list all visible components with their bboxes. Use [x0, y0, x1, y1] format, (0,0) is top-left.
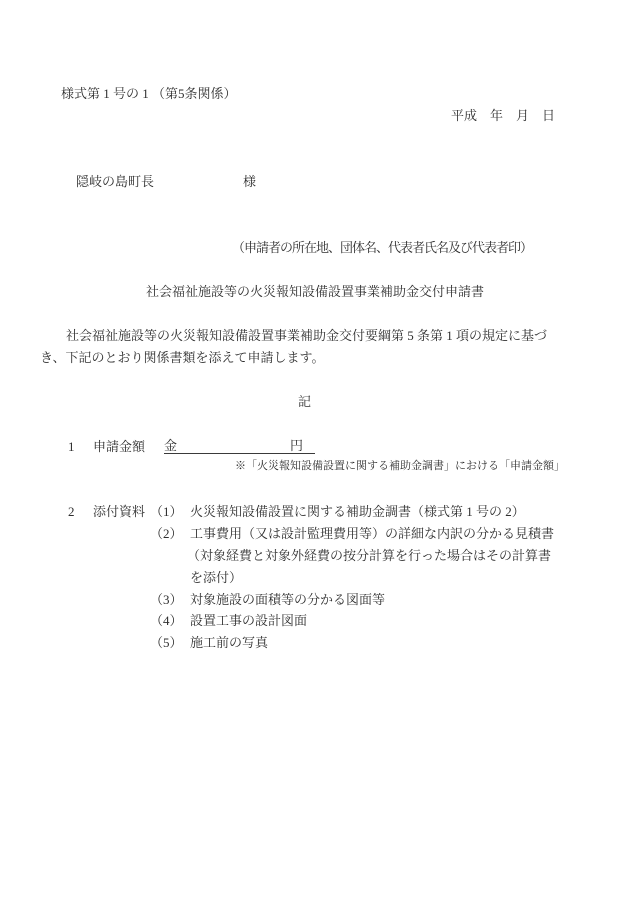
- amount-field: 金 円: [164, 438, 315, 454]
- attachment-item-no: （3）: [150, 592, 183, 607]
- application-form-page: 様式第 1 号の 1 （第5条関係） 平成 年 月 日 隠岐の島町長 様 （申請…: [0, 0, 630, 915]
- amount-currency-prefix: 金: [164, 438, 177, 453]
- attachment-item-no: （2）: [150, 526, 183, 541]
- attachment-item-no: （5）: [150, 635, 183, 650]
- attachment-item-continuation: を添付）: [190, 570, 242, 585]
- amount-item-number: 1: [68, 439, 75, 454]
- attachments-label: 添付資料: [93, 504, 145, 519]
- attachment-item-text: 工事費用（又は設計監理費用等）の詳細な内訳の分かる見積書: [190, 526, 554, 541]
- amount-blank[interactable]: [177, 438, 290, 453]
- attachment-item-text: 施工前の写真: [190, 635, 268, 650]
- attachment-item-no: （1）: [150, 504, 183, 519]
- applicant-note: （申請者の所在地、団体名、代表者氏名及び代表者印）: [232, 240, 532, 255]
- date-line: 平成 年 月 日: [451, 108, 555, 123]
- addressee-honorific: 様: [243, 174, 256, 189]
- attachment-item-text: 火災報知設備設置に関する補助金調書（様式第 1 号の 2）: [190, 504, 525, 519]
- attachment-item-text: 対象施設の面積等の分かる図面等: [190, 592, 385, 607]
- amount-note: ※「火災報知設備設置に関する補助金調書」における「申請金額」: [235, 459, 565, 474]
- form-number: 様式第 1 号の 1 （第5条関係）: [61, 86, 237, 101]
- attachment-item-continuation: （対象経費と対象外経費の按分計算を行った場合はその計算書: [187, 548, 551, 563]
- attachments-item-number: 2: [68, 504, 75, 519]
- addressee-name: 隠岐の島町長: [76, 174, 154, 189]
- attachment-item-no: （4）: [150, 613, 183, 628]
- attachment-item-text: 設置工事の設計図面: [190, 613, 307, 628]
- record-marker: 記: [298, 394, 311, 409]
- amount-label: 申請金額: [93, 439, 145, 454]
- document-title: 社会福祉施設等の火災報知設備設置事業補助金交付申請書: [0, 284, 630, 299]
- body-paragraph-line2: き、下記のとおり関係書類を添えて申請します。: [40, 350, 324, 365]
- amount-currency-suffix: 円: [290, 438, 303, 453]
- body-paragraph-line1: 社会福祉施設等の火災報知設備設置事業補助金交付要綱第 5 条第 1 項の規定に基…: [66, 328, 547, 343]
